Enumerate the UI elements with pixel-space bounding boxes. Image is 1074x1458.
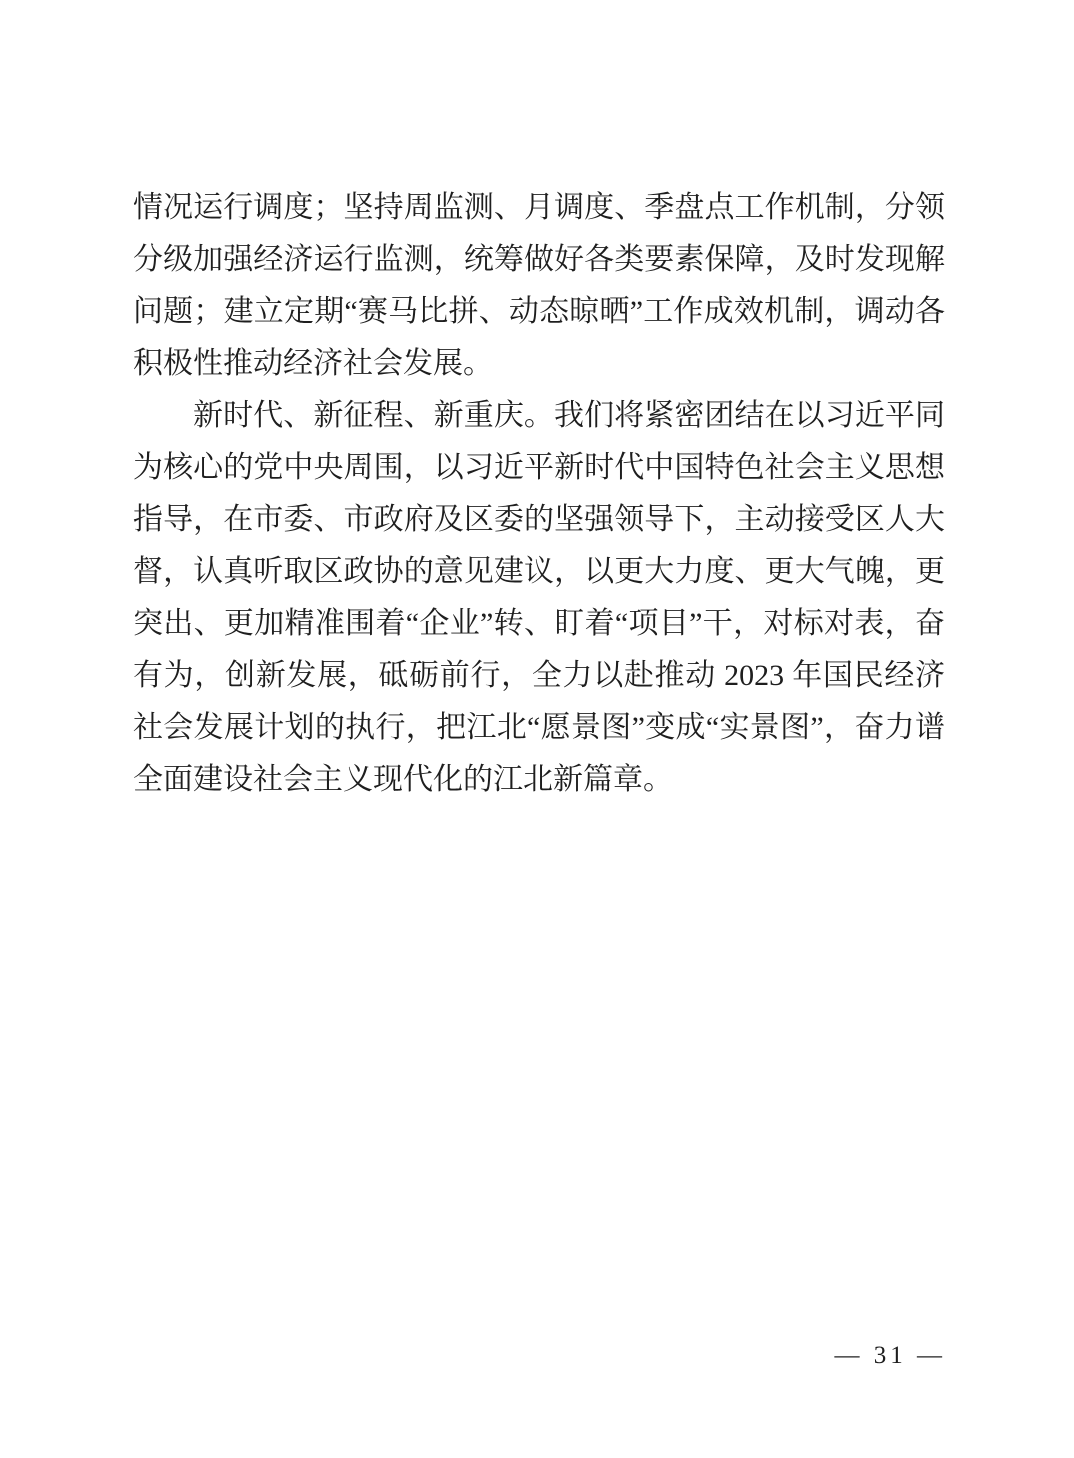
text-line: 有为，创新发展，砥砺前行，全力以赴推动 2023 年国民经济和: [133, 650, 945, 702]
text-line: 突出、更加精准围着“企业”转、盯着“项目”干，对标对表，奋发: [133, 598, 945, 650]
text-line: 指导，在市委、市政府及区委的坚强领导下，主动接受区人大监: [133, 494, 945, 546]
text-line: 全面建设社会主义现代化的江北新篇章。: [133, 754, 945, 806]
document-page: 情况运行调度；坚持周监测、月调度、季盘点工作机制，分领域 分级加强经济运行监测，…: [0, 0, 1074, 1458]
text-line: 督，认真听取区政协的意见建议，以更大力度、更大气魄，更加: [133, 546, 945, 598]
text-line: 为核心的党中央周围，以习近平新时代中国特色社会主义思想为: [133, 442, 945, 494]
text-line: 新时代、新征程、新重庆。我们将紧密团结在以习近平同志: [133, 390, 945, 442]
paragraph-2: 新时代、新征程、新重庆。我们将紧密团结在以习近平同志 为核心的党中央周围，以习近…: [133, 390, 945, 806]
paragraph-1: 情况运行调度；坚持周监测、月调度、季盘点工作机制，分领域 分级加强经济运行监测，…: [133, 182, 945, 390]
text-line: 问题；建立定期“赛马比拼、动态晾晒”工作成效机制，调动各方: [133, 286, 945, 338]
text-line: 社会发展计划的执行，把江北“愿景图”变成“实景图”，奋力谱写: [133, 702, 945, 754]
page-number: — 31 —: [835, 1340, 947, 1372]
body-text: 情况运行调度；坚持周监测、月调度、季盘点工作机制，分领域 分级加强经济运行监测，…: [133, 182, 945, 806]
text-line: 积极性推动经济社会发展。: [133, 338, 945, 390]
text-line: 分级加强经济运行监测，统筹做好各类要素保障，及时发现解决: [133, 234, 945, 286]
text-line: 情况运行调度；坚持周监测、月调度、季盘点工作机制，分领域: [133, 182, 945, 234]
